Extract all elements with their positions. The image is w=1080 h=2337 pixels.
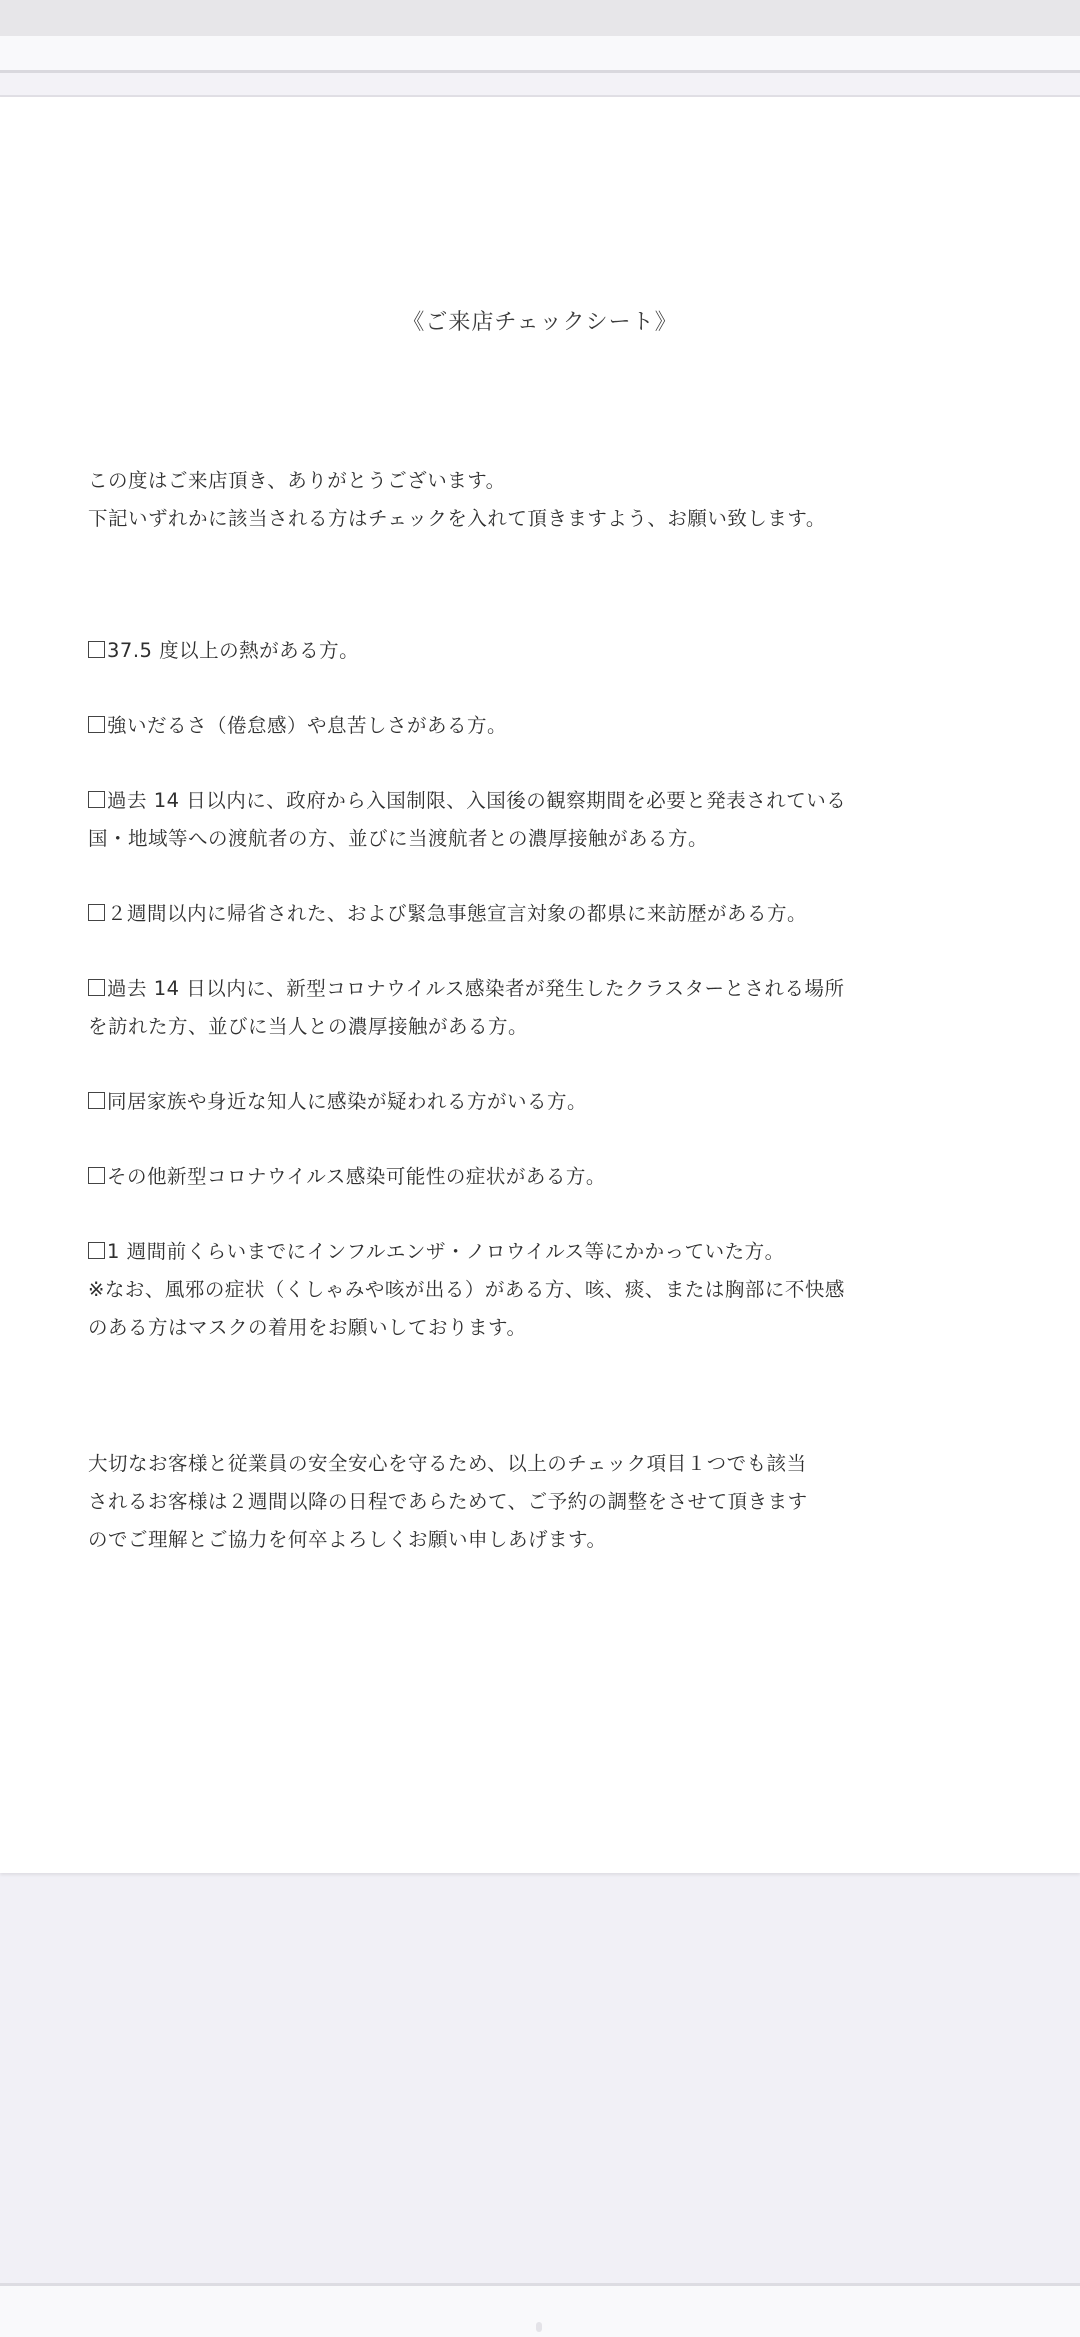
item-text-continued: 国・地域等への渡航者の方、並びに当渡航者との濃厚接触がある方。 (88, 820, 1008, 858)
checklist-item-cluster: 過去 14 日以内に、新型コロナウイルス感染者が発生したクラスターとされる場所 … (88, 970, 1008, 1046)
note-text: のある方はマスクの着用をお願いしております。 (88, 1309, 1008, 1347)
item-text: 過去 14 日以内に、新型コロナウイルス感染者が発生したクラスターとされる場所 (107, 977, 844, 1000)
intro-text: この度はご来店頂き、ありがとうございます。 下記いずれかに該当される方はチェック… (88, 462, 988, 538)
document-title: 《ご来店チェックシート》 (0, 305, 1080, 336)
checkbox[interactable] (88, 791, 105, 808)
item-text: 過去 14 日以内に、政府から入国制限、入国後の観察期間を必要と発表されている (107, 789, 846, 812)
checklist-item-symptoms: その他新型コロナウイルス感染可能性の症状がある方。 (88, 1158, 1008, 1196)
checklist-item-fever: 37.5 度以上の熱がある方。 (88, 632, 1008, 670)
item-text: 1 週間前くらいまでにインフルエンザ・ノロウイルス等にかかっていた方。 (107, 1240, 785, 1263)
checkbox[interactable] (88, 716, 105, 733)
item-text: 37.5 度以上の熱がある方。 (107, 639, 359, 662)
checklist-item-homecoming: ２週間以内に帰省された、および緊急事態宣言対象の都県に来訪歴がある方。 (88, 895, 1008, 933)
status-bar (0, 0, 1080, 36)
checkbox[interactable] (88, 979, 105, 996)
item-text-continued: を訪れた方、並びに当人との濃厚接触がある方。 (88, 1008, 1008, 1046)
item-text: 強いだるさ（倦怠感）や息苦しさがある方。 (107, 714, 507, 737)
closing-line: のでご理解とご協力を何卒よろしくお願い申しあげます。 (88, 1521, 988, 1559)
item-text: 同居家族や身近な知人に感染が疑われる方がいる方。 (107, 1090, 587, 1113)
closing-line: 大切なお客様と従業員の安全安心を守るため、以上のチェック項目１つでも該当 (88, 1445, 988, 1483)
checkbox[interactable] (88, 1092, 105, 1109)
checklist-item-influenza: 1 週間前くらいまでにインフルエンザ・ノロウイルス等にかかっていた方。 ※なお、… (88, 1233, 1008, 1347)
item-text: ２週間以内に帰省された、および緊急事態宣言対象の都県に来訪歴がある方。 (107, 902, 807, 925)
checkbox[interactable] (88, 904, 105, 921)
home-indicator[interactable] (536, 2322, 542, 2332)
intro-line: 下記いずれかに該当される方はチェックを入れて頂きますよう、お願い致します。 (88, 500, 988, 538)
note-text: ※なお、風邪の症状（くしゃみや咳が出る）がある方、咳、痰、または胸部に不快感 (88, 1271, 1008, 1309)
closing-line: されるお客様は２週間以降の日程であらためて、ご予約の調整をさせて頂きます (88, 1483, 988, 1521)
checkbox[interactable] (88, 641, 105, 658)
closing-text: 大切なお客様と従業員の安全安心を守るため、以上のチェック項目１つでも該当 される… (88, 1445, 988, 1559)
item-text: その他新型コロナウイルス感染可能性の症状がある方。 (107, 1165, 606, 1188)
viewer-subbar (0, 73, 1080, 97)
checklist-item-fatigue: 強いだるさ（倦怠感）や息苦しさがある方。 (88, 707, 1008, 745)
viewer-toolbar (0, 36, 1080, 73)
checkbox[interactable] (88, 1242, 105, 1259)
checklist-item-household: 同居家族や身近な知人に感染が疑われる方がいる方。 (88, 1083, 1008, 1121)
document-page[interactable]: 《ご来店チェックシート》 この度はご来店頂き、ありがとうございます。 下記いずれ… (0, 97, 1080, 1873)
checklist-item-travel: 過去 14 日以内に、政府から入国制限、入国後の観察期間を必要と発表されている … (88, 782, 1008, 858)
intro-line: この度はご来店頂き、ありがとうございます。 (88, 462, 988, 500)
checkbox[interactable] (88, 1167, 105, 1184)
